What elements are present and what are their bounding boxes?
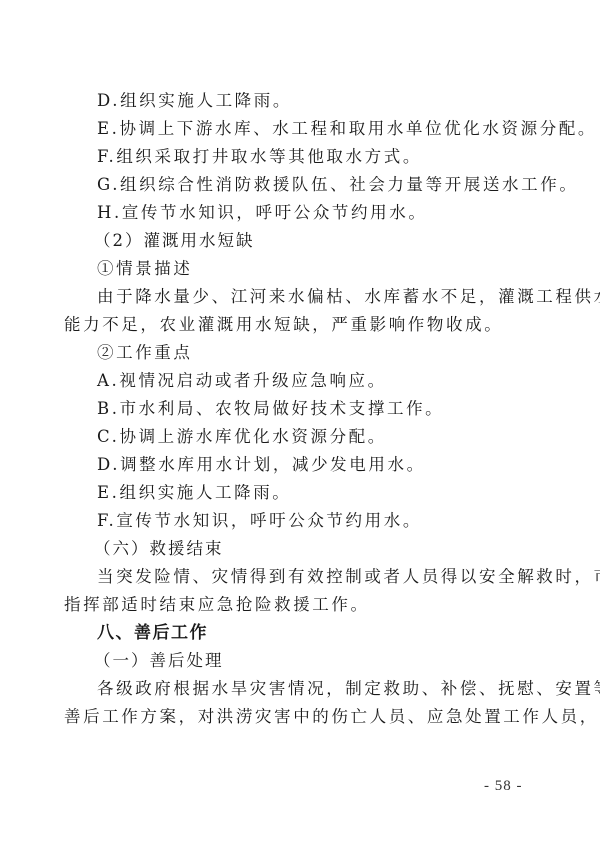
list-item: E.协调上下游水库、水工程和取用水单位优化水资源分配。 xyxy=(64,115,534,143)
list-item: B.市水利局、农牧局做好技术支撑工作。 xyxy=(64,395,534,423)
list-item: D.调整水库用水计划，减少发电用水。 xyxy=(64,451,534,479)
list-item: ①情景描述 xyxy=(64,255,534,283)
paragraph-line: 能力不足，农业灌溉用水短缺，严重影响作物收成。 xyxy=(64,311,534,339)
list-item: ②工作重点 xyxy=(64,339,534,367)
subheading: （2）灌溉用水短缺 xyxy=(64,227,534,255)
paragraph-line: 由于降水量少、江河来水偏枯、水库蓄水不足，灌溉工程供水 xyxy=(64,283,534,311)
list-item: D.组织实施人工降雨。 xyxy=(64,87,534,115)
subheading: （六）救援结束 xyxy=(64,535,534,563)
list-item: A.视情况启动或者升级应急响应。 xyxy=(64,367,534,395)
list-item: F.宣传节水知识，呼吁公众节约用水。 xyxy=(64,507,534,535)
section-heading: 八、善后工作 xyxy=(64,619,534,647)
page-number: - 58 - xyxy=(484,778,523,795)
list-item: F.组织采取打井取水等其他取水方式。 xyxy=(64,143,534,171)
list-item: G.组织综合性消防救援队伍、社会力量等开展送水工作。 xyxy=(64,171,534,199)
list-item: C.协调上游水库优化水资源分配。 xyxy=(64,423,534,451)
document-body: D.组织实施人工降雨。 E.协调上下游水库、水工程和取用水单位优化水资源分配。 … xyxy=(64,87,534,731)
list-item: E.组织实施人工降雨。 xyxy=(64,479,534,507)
paragraph-line: 指挥部适时结束应急抢险救援工作。 xyxy=(64,591,534,619)
paragraph-line: 当突发险情、灾情得到有效控制或者人员得以安全解救时，市 xyxy=(64,563,534,591)
paragraph-line: 各级政府根据水旱灾害情况，制定救助、补偿、抚慰、安置等 xyxy=(64,675,534,703)
paragraph-line: 善后工作方案，对洪涝灾害中的伤亡人员、应急处置工作人员，以 xyxy=(64,703,534,731)
list-item: H.宣传节水知识，呼吁公众节约用水。 xyxy=(64,199,534,227)
subheading: （一）善后处理 xyxy=(64,647,534,675)
